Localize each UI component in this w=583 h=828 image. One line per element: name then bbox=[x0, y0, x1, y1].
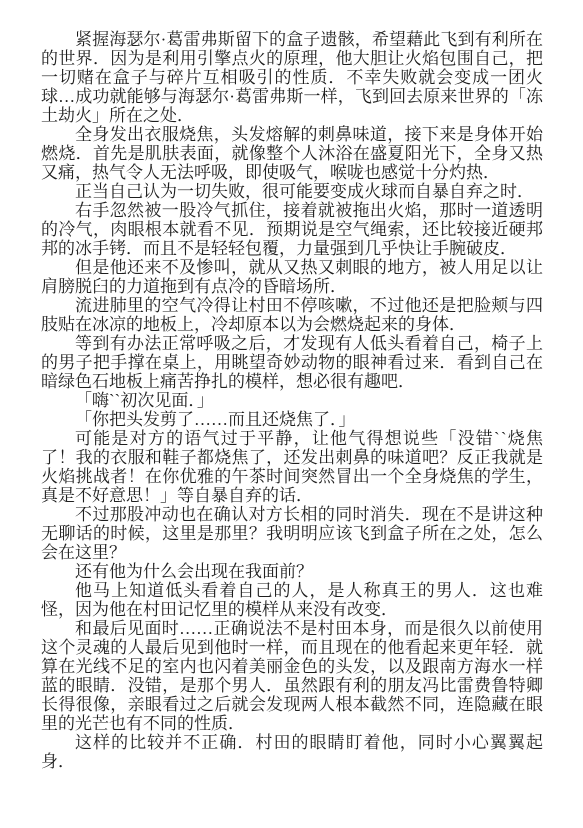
paragraph: 流进肺里的空气冷得让村田不停咳嗽，不过他还是把脸颊与四肢贴在冰凉的地板上，冷却原… bbox=[41, 296, 543, 334]
paragraph: 但是他还来不及惨叫，就从又热又刺眼的地方，被人用足以让肩膀脱臼的力道拖到有点冷的… bbox=[41, 258, 543, 296]
paragraph-dialogue: 「嗨ˋˋ初次见面．」 bbox=[41, 391, 543, 410]
paragraph: 和最后见面时……正确说法不是村田本身，而是很久以前使用这个灵魂的人最后见到他时一… bbox=[41, 619, 543, 733]
paragraph: 全身发出衣服烧焦，头发熔解的刺鼻味道，接下来是身体开始燃烧．首先是肌肤表面，就像… bbox=[41, 125, 543, 182]
paragraph-dialogue: 「你把头发剪了……而且还烧焦了．」 bbox=[41, 410, 543, 429]
paragraph: 紧握海瑟尔·葛雷弗斯留下的盒子遗骸，希望藉此飞到有利所在的世界．因为是利用引擎点… bbox=[41, 30, 543, 125]
paragraph: 正当自己认为一切失败，很可能要变成火球而自暴自弃之时． bbox=[41, 182, 543, 201]
paragraph: 等到有办法正常呼吸之后，才发现有人低头看着自己，椅子上的男子把手撑在桌上，用眺望… bbox=[41, 334, 543, 391]
novel-page: 紧握海瑟尔·葛雷弗斯留下的盒子遗骸，希望藉此飞到有利所在的世界．因为是利用引擎点… bbox=[0, 0, 583, 828]
paragraph: 右手忽然被一股冷气抓住，接着就被拖出火焰，那时一道透明的冷气，肉眼根本就看不见．… bbox=[41, 201, 543, 258]
paragraph: 还有他为什么会出现在我面前？ bbox=[41, 562, 543, 581]
paragraph: 可能是对方的语气过于平静，让他气得想说些「没错ˋˋ烧焦了！我的衣服和鞋子都烧焦了… bbox=[41, 429, 543, 505]
paragraph: 他马上知道低头看着自己的人，是人称真王的男人．这也难怪，因为他在村田记忆里的模样… bbox=[41, 581, 543, 619]
text-block: 紧握海瑟尔·葛雷弗斯留下的盒子遗骸，希望藉此飞到有利所在的世界．因为是利用引擎点… bbox=[41, 30, 543, 771]
paragraph: 这样的比较并不正确．村田的眼睛盯着他，同时小心翼翼起身． bbox=[41, 733, 543, 771]
paragraph: 不过那股冲动也在确认对方长相的同时消失．现在不是讲这种无聊话的时候，这里是那里？… bbox=[41, 505, 543, 562]
